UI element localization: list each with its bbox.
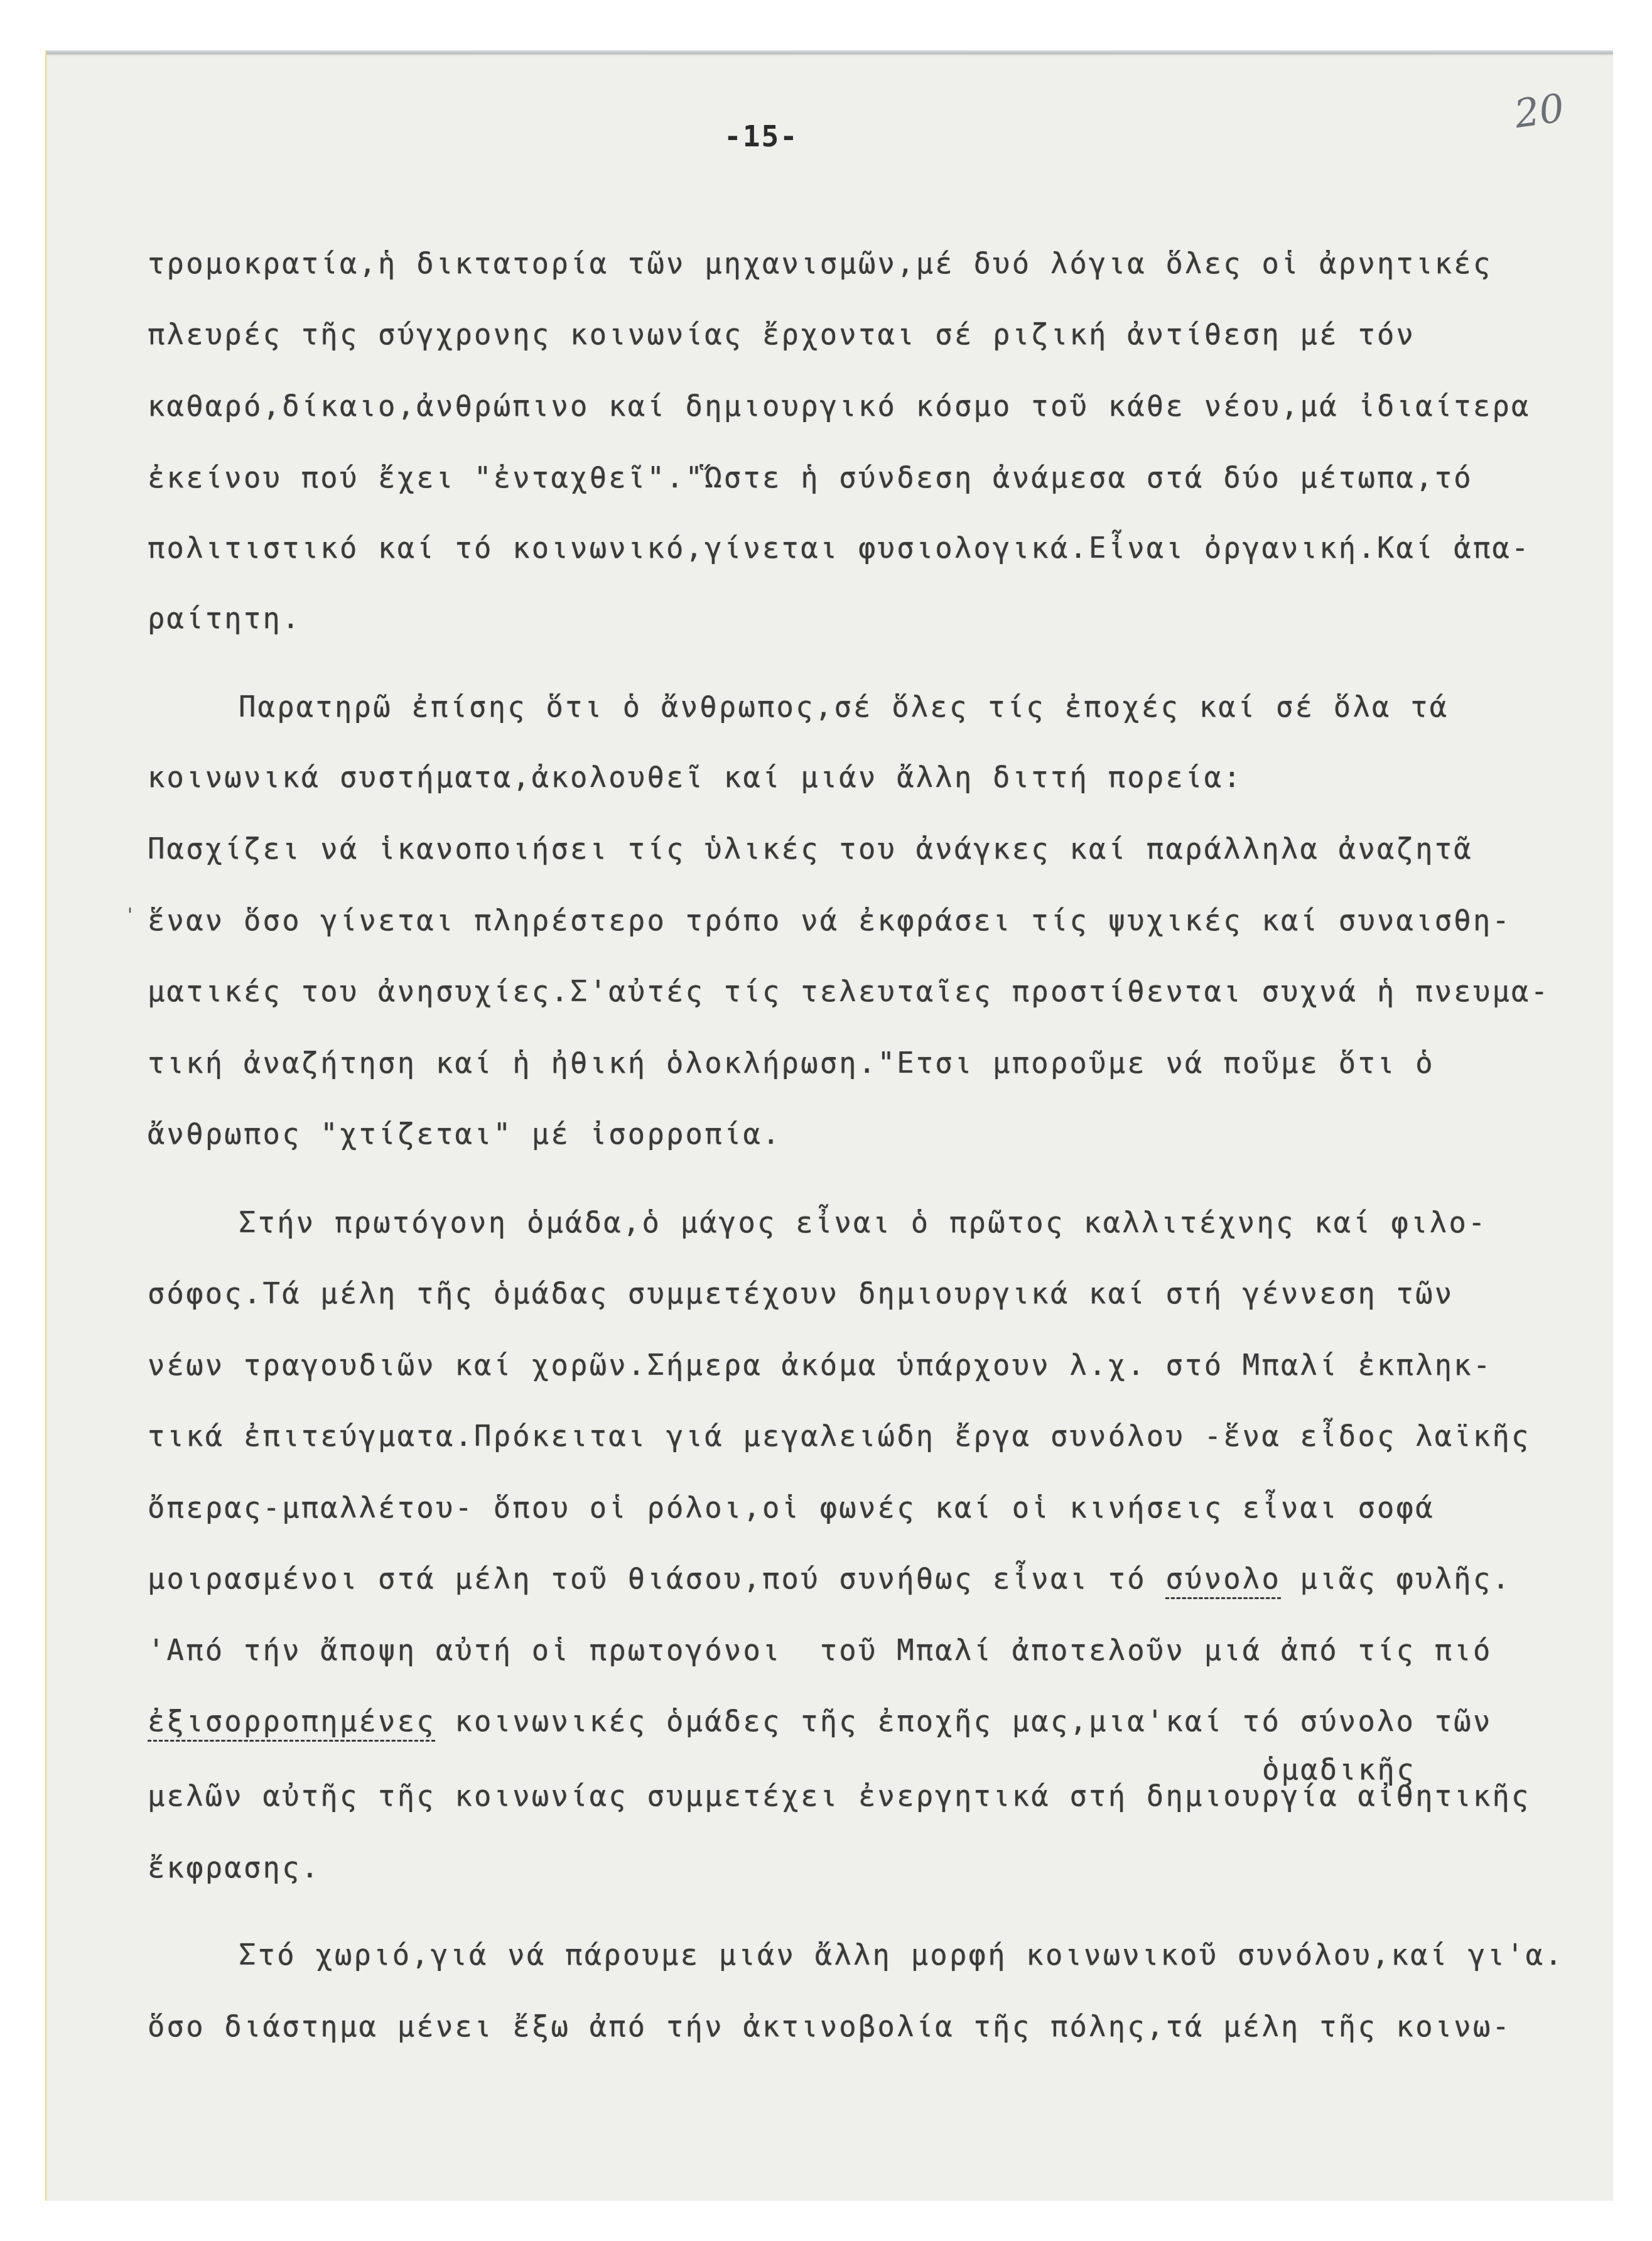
handwritten-folio-number: 20 [1511,85,1567,137]
page-number: -15- [724,119,799,153]
text-line-10: ἕναν ὅσο γίνεται πληρέστερο τρόπο νά ἐκφ… [148,902,1511,940]
text-line-2: πλευρές τῆς σύγχρονης κοινωνίας ἔρχονται… [148,316,1415,354]
text-line-22: μελῶν αὐτῆς τῆς κοινωνίας συμμετέχει ἐνε… [148,1777,1531,1815]
underlined-word-exisorropimenes: ἐξισορροπημένες [148,1705,436,1738]
text-line-9: Πασχίζει νά ἱκανοποιήσει τίς ὑλικές του … [148,830,1473,868]
text-line-16: νέων τραγουδιῶν καί χορῶν.Σήμερα ἀκόμα ὑ… [148,1347,1493,1384]
text-line-24: Στό χωριό,γιά νά πάρουμε μιάν ἄλλη μορφή… [239,1936,1564,1974]
text-line-18: ὄπερας-μπαλλέτου- ὅπου οἱ ρόλοι,οἱ φωνές… [148,1489,1435,1527]
text-line-6: ραίτητη. [148,600,301,638]
text-line-1: τρομοκρατία,ἡ δικτατορία τῶν μηχανισμῶν,… [148,245,1493,283]
text-line-21: ἐξισορροπημένες κοινωνικές ὁμάδες τῆς ἐπ… [148,1703,1493,1740]
text-line-11: ματικές του ἀνησυχίες.Σ'αὐτές τίς τελευτ… [148,973,1550,1011]
text-line-25: ὅσο διάστημα μένει ἔξω ἀπό τήν ἀκτινοβολ… [148,2008,1511,2046]
text-segment: μοιρασμένοι στά μέλη τοῦ θιάσου,πού συνή… [148,1562,1165,1595]
text-line-17: τικά ἐπιτεύγματα.Πρόκειται γιά μεγαλειώδ… [148,1418,1531,1455]
text-line-14: Στήν πρωτόγονη ὁμάδα,ὁ μάγος εἶναι ὁ πρῶ… [239,1204,1487,1242]
margin-tick-mark: ' [124,904,136,926]
text-line-12: τική ἀναζήτηση καί ἡ ἠθική ὁλοκλήρωση."Ε… [148,1045,1435,1082]
text-line-19: μοιρασμένοι στά μέλη τοῦ θιάσου,πού συνή… [148,1560,1511,1598]
text-line-5: πολιτιστικό καί τό κοινωνικό,γίνεται φυσ… [148,529,1531,567]
text-line-3: καθαρό,δίκαιο,ἀνθρώπινο καί δημιουργικό … [148,388,1531,425]
underlined-word-synolo: σύνολο [1165,1562,1281,1595]
text-segment: κοινωνικές ὁμάδες τῆς ἐποχῆς μας,μια'καί… [436,1705,1493,1738]
text-line-20: 'Από τήν ἄποψη αὐτή οἱ πρωτογόνοι τοῦ Μπ… [148,1632,1493,1669]
text-line-7: Παρατηρῶ ἐπίσης ὅτι ὁ ἄνθρωπος,σέ ὅλες τ… [239,688,1449,726]
paper-top-edge [46,50,1613,55]
text-line-4: ἐκείνου πού ἔχει "ἐνταχθεῖ"."Ὥστε ἡ σύνδ… [148,459,1473,497]
text-segment: μιᾶς φυλῆς. [1281,1562,1511,1595]
text-line-15: σόφος.Τά μέλη τῆς ὁμάδας συμμετέχουν δημ… [148,1275,1454,1313]
text-line-8: κοινωνικά συστήματα,ἀκολουθεῖ καί μιάν ἄ… [148,759,1243,796]
text-line-23: ἔκφρασης. [148,1849,320,1887]
text-line-13: ἄνθρωπος "χτίζεται" μέ ἰσορροπία. [148,1115,782,1153]
